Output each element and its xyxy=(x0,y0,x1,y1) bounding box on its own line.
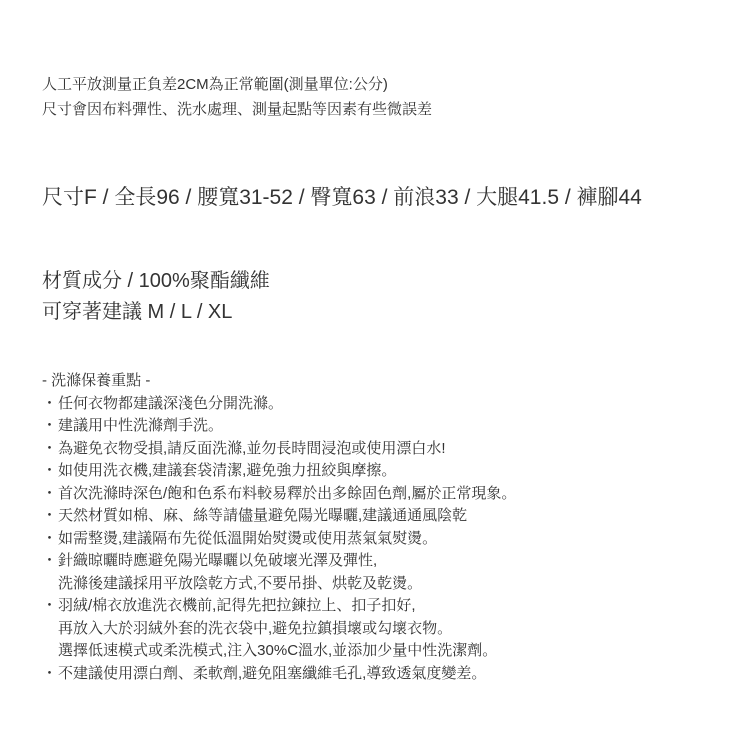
care-line-text: 建議用中性洗滌劑手洗。 xyxy=(58,417,223,434)
measurement-note-line-2: 尺寸會因布料彈性、洗水處理、測量起點等因素有些微誤差 xyxy=(42,97,432,122)
care-line-text: 如需整燙,建議隔布先從低溫開始熨燙或使用蒸氣氣熨燙。 xyxy=(58,530,437,547)
care-line-text: 羽絨/棉衣放進洗衣機前,記得先把拉鍊拉上、扣子扣好, xyxy=(58,597,416,614)
care-line: ・羽絨/棉衣放進洗衣機前,記得先把拉鍊拉上、扣子扣好, xyxy=(42,595,516,618)
care-line: ・不建議使用漂白劑、柔軟劑,避免阻塞纖維毛孔,導致透氣度變差。 xyxy=(42,663,516,686)
care-line: ・任何衣物都建議深淺色分開洗滌。 xyxy=(42,393,516,416)
care-line: ・首次洗滌時深色/飽和色系布料較易釋於出多餘固色劑,屬於正常現象。 xyxy=(42,483,516,506)
care-line-continuation: 洗滌後建議採用平放陰乾方式,不要吊掛、烘乾及乾燙。 xyxy=(42,573,516,596)
bullet-dot: ・ xyxy=(42,483,58,506)
care-line-text: 再放入大於羽絨外套的洗衣袋中,避免拉鎮損壞或勾壞衣物。 xyxy=(58,620,452,637)
bullet-dot: ・ xyxy=(42,438,58,461)
care-line-continuation: 再放入大於羽絨外套的洗衣袋中,避免拉鎮損壞或勾壞衣物。 xyxy=(42,618,516,641)
care-line-text: 不建議使用漂白劑、柔軟劑,避免阻塞纖維毛孔,導致透氣度變差。 xyxy=(58,665,486,682)
bullet-dot: ・ xyxy=(42,663,58,686)
fit-suggestion: 可穿著建議 M / L / XL xyxy=(42,297,270,328)
bullet-dot: ・ xyxy=(42,415,58,438)
bullet-dot: ・ xyxy=(42,528,58,551)
care-line: ・如需整燙,建議隔布先從低溫開始熨燙或使用蒸氣氣熨燙。 xyxy=(42,528,516,551)
care-line-text: 針織晾曬時應避免陽光曝曬以免破壞光澤及彈性, xyxy=(58,552,377,569)
bullet-dot: ・ xyxy=(42,550,58,573)
care-line-text: 為避免衣物受損,請反面洗滌,並勿長時間浸泡或使用漂白水! xyxy=(58,440,446,457)
bullet-dot: ・ xyxy=(42,460,58,483)
care-line-text: 選擇低速模式或柔洗模式,注入30%C溫水,並添加少量中性洗潔劑。 xyxy=(58,642,497,659)
care-line-text: 洗滌後建議採用平放陰乾方式,不要吊掛、烘乾及乾燙。 xyxy=(58,575,422,592)
care-line: ・為避免衣物受損,請反面洗滌,並勿長時間浸泡或使用漂白水! xyxy=(42,438,516,461)
measurement-note-line-1: 人工平放測量正負差2CM為正常範圍(測量單位:公分) xyxy=(42,72,432,97)
care-line: ・如使用洗衣機,建議套袋清潔,避免強力扭絞與摩擦。 xyxy=(42,460,516,483)
care-line-text: 天然材質如棉、麻、絲等請儘量避免陽光曝曬,建議通通風陰乾 xyxy=(58,507,467,524)
care-heading: - 洗滌保養重點 - xyxy=(42,370,516,393)
measurement-notes: 人工平放測量正負差2CM為正常範圍(測量單位:公分) 尺寸會因布料彈性、洗水處理… xyxy=(42,72,432,122)
material-info: 材質成分 / 100%聚酯纖維 可穿著建議 M / L / XL xyxy=(42,266,270,328)
care-line: ・針織晾曬時應避免陽光曝曬以免破壞光澤及彈性, xyxy=(42,550,516,573)
care-line: ・建議用中性洗滌劑手洗。 xyxy=(42,415,516,438)
care-line-continuation: 選擇低速模式或柔洗模式,注入30%C溫水,並添加少量中性洗潔劑。 xyxy=(42,640,516,663)
care-line-text: 如使用洗衣機,建議套袋清潔,避免強力扭絞與摩擦。 xyxy=(58,462,396,479)
care-instructions: - 洗滌保養重點 - ・任何衣物都建議深淺色分開洗滌。 ・建議用中性洗滌劑手洗。… xyxy=(42,370,516,685)
bullet-dot: ・ xyxy=(42,393,58,416)
care-line: ・天然材質如棉、麻、絲等請儘量避免陽光曝曬,建議通通風陰乾 xyxy=(42,505,516,528)
size-spec-line: 尺寸F / 全長96 / 腰寬31-52 / 臀寬63 / 前浪33 / 大腿4… xyxy=(42,184,642,212)
care-line-text: 首次洗滌時深色/飽和色系布料較易釋於出多餘固色劑,屬於正常現象。 xyxy=(58,485,516,502)
care-line-text: 任何衣物都建議深淺色分開洗滌。 xyxy=(58,395,283,412)
bullet-dot: ・ xyxy=(42,505,58,528)
material-composition: 材質成分 / 100%聚酯纖維 xyxy=(42,266,270,297)
bullet-dot: ・ xyxy=(42,595,58,618)
